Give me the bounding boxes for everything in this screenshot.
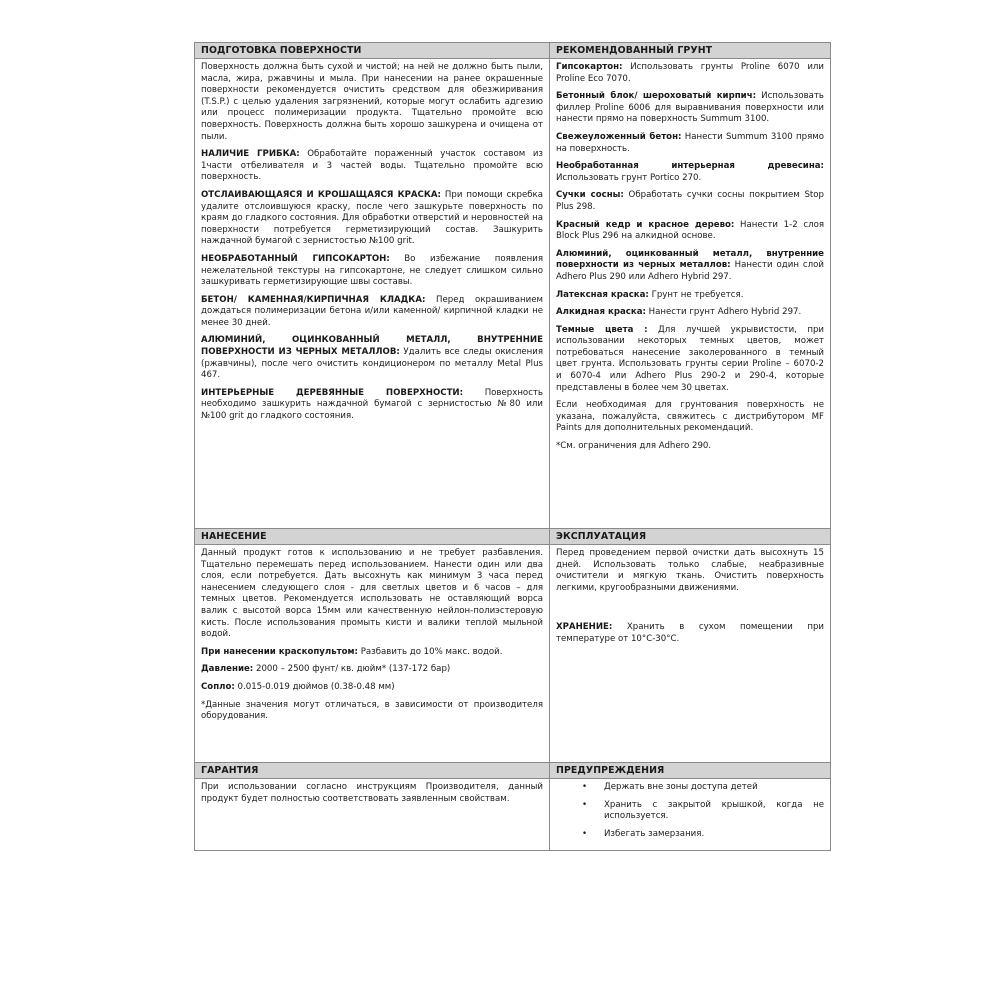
warranty-text: При использовании согласно инструкциям П… <box>201 782 543 805</box>
item-text: Использовать грунт Portico 270. <box>556 173 701 183</box>
primer-note: Если необходимая для грунтования поверхн… <box>556 400 824 435</box>
item-text: Нанести грунт Adhero Hybrid 297. <box>646 307 801 317</box>
primer-header: РЕКОМЕНДОВАННЫЙ ГРУНТ <box>550 43 831 59</box>
warning-text: Держать вне зоны доступа детей <box>604 782 758 792</box>
item-label: Латексная краска: <box>556 290 649 300</box>
item-label: Темные цвета : <box>556 325 648 335</box>
item-text: Разбавить до 10% макс. водой. <box>358 647 503 657</box>
primer-item: Свежеуложенный бетон: Нанести Summum 310… <box>556 132 824 155</box>
application-item: Сопло: 0.015-0.019 дюймов (0.38-0.48 мм) <box>201 682 543 694</box>
storage-item: ХРАНЕНИЕ: Хранить в сухом помещении при … <box>556 622 824 645</box>
item-label: ХРАНЕНИЕ: <box>556 622 612 632</box>
primer-item: Бетонный блок/ шероховатый кирпич: Испол… <box>556 91 824 126</box>
warnings-header: ПРЕДУПРЕЖДЕНИЯ <box>550 763 831 779</box>
application-item: При нанесении краскопультом: Разбавить д… <box>201 647 543 659</box>
warning-text: Избегать замерзания. <box>604 829 704 839</box>
product-datasheet-table: ПОДГОТОВКА ПОВЕРХНОСТИ РЕКОМЕНДОВАННЫЙ Г… <box>194 42 831 851</box>
item-label: Свежеуложенный бетон: <box>556 132 681 142</box>
surface-prep-item: НАЛИЧИЕ ГРИБКА: Обработайте пораженный у… <box>201 149 543 184</box>
application-intro: Данный продукт готов к использованию и н… <box>201 548 543 641</box>
maintenance-header: ЭКСПЛУАТАЦИЯ <box>550 529 831 545</box>
surface-prep-body: Поверхность должна быть сухой и чистой; … <box>195 59 550 529</box>
application-note: *Данные значения могут отличаться, в зав… <box>201 700 543 723</box>
item-text: Грунт не требуется. <box>649 290 744 300</box>
item-label: Бетонный блок/ шероховатый кирпич: <box>556 91 756 101</box>
bullet-icon: • <box>582 829 587 841</box>
warning-item: •Избегать замерзания. <box>556 829 824 841</box>
item-label: НАЛИЧИЕ ГРИБКА: <box>201 149 300 159</box>
item-label: Давление: <box>201 664 253 674</box>
spacer <box>556 600 824 622</box>
item-label: Сучки сосны: <box>556 190 624 200</box>
surface-prep-item: НЕОБРАБОТАННЫЙ ГИПСОКАРТОН: Во избежание… <box>201 254 543 289</box>
maintenance-body: Перед проведением первой очистки дать вы… <box>550 545 831 763</box>
primer-item: Гипсокартон: Использовать грунты Proline… <box>556 62 824 85</box>
primer-item: Сучки сосны: Обработать сучки сосны покр… <box>556 190 824 213</box>
bullet-icon: • <box>582 800 587 812</box>
primer-item: Алкидная краска: Нанести грунт Adhero Hy… <box>556 307 824 319</box>
primer-item: Алюминий, оцинкованный металл, внутренни… <box>556 249 824 284</box>
item-label: При нанесении краскопультом: <box>201 647 358 657</box>
surface-prep-item: ОТСЛАИВАЮЩАЯСЯ И КРОШАЩАЯСЯ КРАСКА: При … <box>201 190 543 248</box>
primer-item: Красный кедр и красное дерево: Нанести 1… <box>556 220 824 243</box>
item-text: 0.015-0.019 дюймов (0.38-0.48 мм) <box>235 682 395 692</box>
warranty-body: При использовании согласно инструкциям П… <box>195 779 550 851</box>
surface-prep-item: БЕТОН/ КАМЕННАЯ/КИРПИЧНАЯ КЛАДКА: Перед … <box>201 295 543 330</box>
item-label: Красный кедр и красное дерево: <box>556 220 734 230</box>
item-label: Сопло: <box>201 682 235 692</box>
primer-body: Гипсокартон: Использовать грунты Proline… <box>550 59 831 529</box>
primer-item: Темные цвета : Для лучшей укрывистости, … <box>556 325 824 395</box>
item-label: Алкидная краска: <box>556 307 646 317</box>
item-text: 2000 – 2500 фунт/ кв. дюйм* (137-172 бар… <box>253 664 450 674</box>
item-label: ОТСЛАИВАЮЩАЯСЯ И КРОШАЩАЯСЯ КРАСКА: <box>201 190 441 200</box>
warning-item: •Держать вне зоны доступа детей <box>556 782 824 794</box>
item-label: Гипсокартон: <box>556 62 622 72</box>
item-label: БЕТОН/ КАМЕННАЯ/КИРПИЧНАЯ КЛАДКА: <box>201 295 425 305</box>
warnings-body: •Держать вне зоны доступа детей •Хранить… <box>550 779 831 851</box>
warnings-list: •Держать вне зоны доступа детей •Хранить… <box>556 782 824 840</box>
primer-item: Необработанная интерьерная древесина: Ис… <box>556 161 824 184</box>
application-item: Давление: 2000 – 2500 фунт/ кв. дюйм* (1… <box>201 664 543 676</box>
surface-prep-item: АЛЮМИНИЙ, ОЦИНКОВАННЫЙ МЕТАЛЛ, ВНУТРЕННИ… <box>201 335 543 381</box>
maintenance-text: Перед проведением первой очистки дать вы… <box>556 548 824 594</box>
surface-prep-item: ИНТЕРЬЕРНЫЕ ДЕРЕВЯННЫЕ ПОВЕРХНОСТИ: Пове… <box>201 388 543 423</box>
warning-item: •Хранить с закрытой крышкой, когда не ис… <box>556 800 824 823</box>
bullet-icon: • <box>582 782 587 794</box>
item-label: ИНТЕРЬЕРНЫЕ ДЕРЕВЯННЫЕ ПОВЕРХНОСТИ: <box>201 388 463 398</box>
warranty-header: ГАРАНТИЯ <box>195 763 550 779</box>
primer-item: Латексная краска: Грунт не требуется. <box>556 290 824 302</box>
surface-prep-intro: Поверхность должна быть сухой и чистой; … <box>201 62 543 143</box>
application-body: Данный продукт готов к использованию и н… <box>195 545 550 763</box>
primer-footnote: *См. ограничения для Adhero 290. <box>556 441 824 453</box>
surface-prep-header: ПОДГОТОВКА ПОВЕРХНОСТИ <box>195 43 550 59</box>
application-header: НАНЕСЕНИЕ <box>195 529 550 545</box>
item-label: НЕОБРАБОТАННЫЙ ГИПСОКАРТОН: <box>201 254 390 264</box>
warning-text: Хранить с закрытой крышкой, когда не исп… <box>604 800 824 822</box>
item-label: Необработанная интерьерная древесина: <box>556 161 824 171</box>
